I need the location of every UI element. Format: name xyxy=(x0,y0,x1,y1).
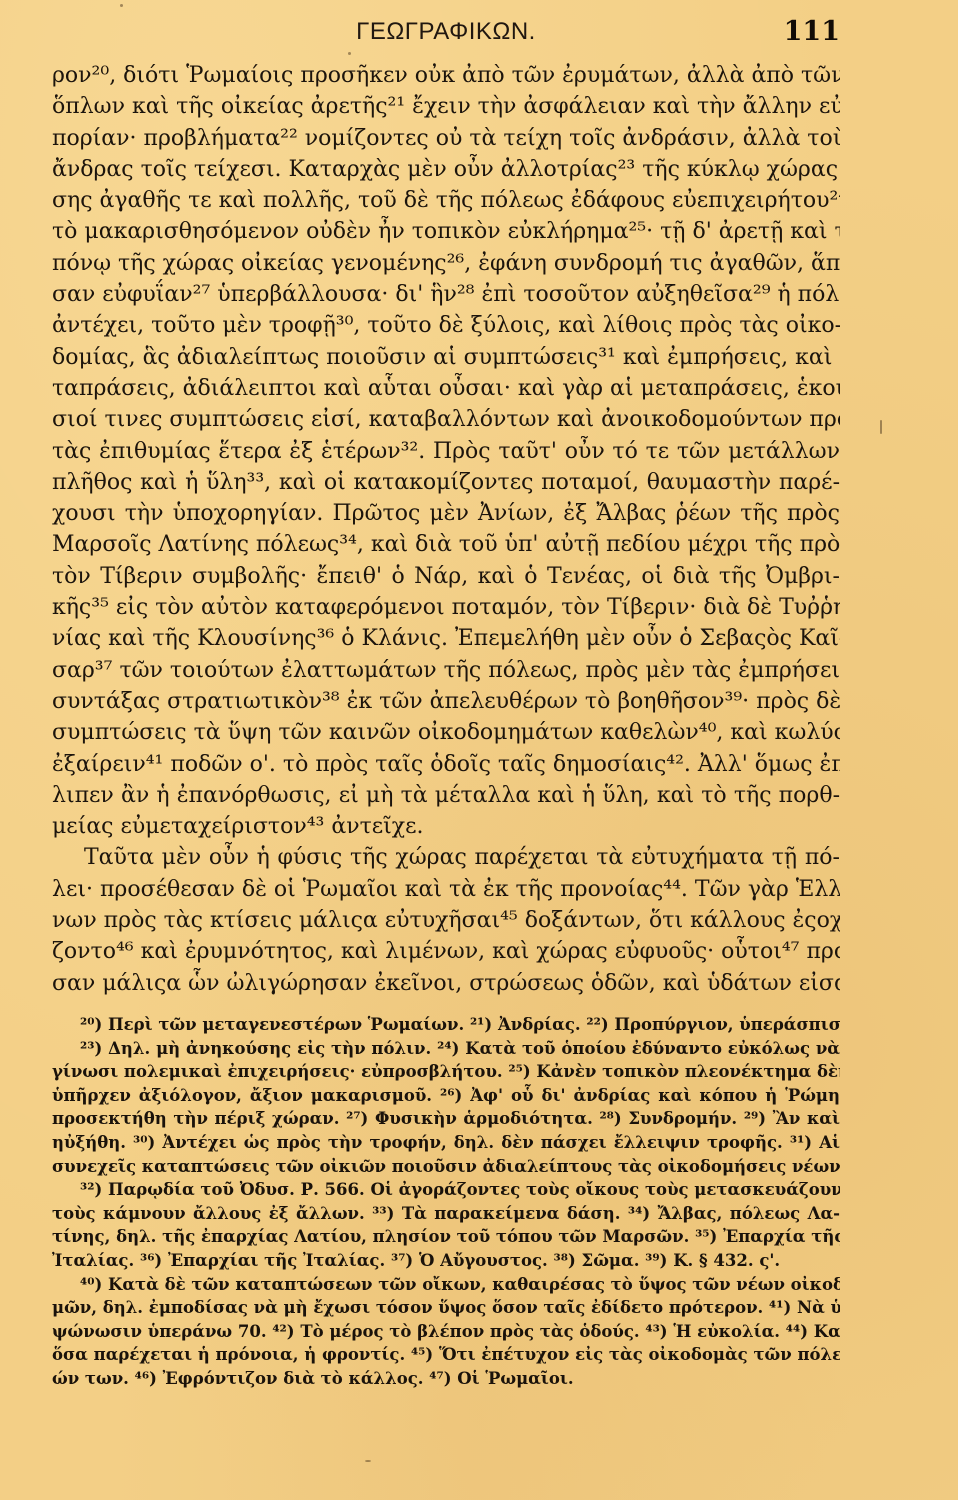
footnote-line: συνεχεῖς καταπτώσεις τῶν οἰκιῶν ποιοῦσιν… xyxy=(52,1155,840,1179)
text-line: σιοί τινες συμπτώσεις εἰσί, καταβαλλόντω… xyxy=(52,404,840,435)
footnote-line: ηὐξήθη. ³⁰) Ἀντέχει ὡς πρὸς τὴν τροφήν, … xyxy=(52,1131,840,1155)
text-line: συντάξας στρατιωτικὸν³⁸ ἐκ τῶν ἀπελευθέρ… xyxy=(52,686,840,717)
footnote-line: προσεκτήθη τὴν πέριξ χώραν. ²⁷) Φυσικὴν … xyxy=(52,1107,840,1131)
paper-speck xyxy=(880,420,882,434)
text-line: κῆς³⁵ εἰς τὸν αὐτὸν καταφερόμενοι ποταμό… xyxy=(52,592,840,623)
paragraph-start-line: Ταῦτα μὲν οὖν ἡ φύσις τῆς χώρας παρέχετα… xyxy=(52,842,840,873)
text-line: σαρ³⁷ τῶν τοιούτων ἐλαττωμάτων τῆς πόλεω… xyxy=(52,655,840,686)
text-line: τὸ μακαρισθησόμενον οὐδὲν ἦν τοπικὸν εὐκ… xyxy=(52,216,840,247)
text-line: τὰς ἐπιθυμίας ἕτερα ἐξ ἑτέρων³². Πρὸς τα… xyxy=(52,436,840,467)
text-line: ἄνδρας τοῖς τείχεσι. Καταρχὰς μὲν οὖν ἀλ… xyxy=(52,154,840,185)
text-line: νων πρὸς τὰς κτίσεις μάλιςα εὐτυχῆσαι⁴⁵ … xyxy=(52,905,840,936)
text-line: Μαρσοῖς Λατίνης πόλεως³⁴, καὶ διὰ τοῦ ὑπ… xyxy=(52,529,840,560)
text-line: λει· προσέθεσαν δὲ οἱ Ῥωμαῖοι καὶ τὰ ἐκ … xyxy=(52,874,840,905)
text-line: δομίας, ἃς ἀδιαλείπτως ποιοῦσιν αἱ συμπτ… xyxy=(52,342,840,373)
footnotes: ²⁰) Περὶ τῶν μεταγενεστέρων Ῥωμαίων. ²¹)… xyxy=(52,1013,840,1391)
footnote-line: Ἰταλίας. ³⁶) Ἐπαρχίαι τῆς Ἰταλίας. ³⁷) Ὁ… xyxy=(52,1249,840,1273)
text-line: λιπεν ἂν ἡ ἐπανόρθωσις, εἰ μὴ τὰ μέταλλα… xyxy=(52,780,840,811)
text-line: πλῆθος καὶ ἡ ὕλη³³, καὶ οἱ κατακομίζοντε… xyxy=(52,467,840,498)
running-head: ΓΕΩΓΡΑΦΙΚΩΝ. 111 xyxy=(52,18,840,52)
page-number: 111 xyxy=(784,16,840,47)
text-line: μείας εὐμεταχείριστον⁴³ ἀντεῖχε. xyxy=(52,811,840,842)
text-line: πορίαν· προβλήματα²² νομίζοντες οὐ τὰ τε… xyxy=(52,123,840,154)
paper-speck xyxy=(365,1460,371,1462)
text-line: τὸν Τίβεριν συμβολῆς· ἔπειθ' ὁ Νάρ, καὶ … xyxy=(52,561,840,592)
footnote-line: ²³) Δηλ. μὴ ἀνηκούσης εἰς τὴν πόλιν. ²⁴)… xyxy=(52,1037,840,1061)
paper-speck xyxy=(120,4,123,7)
text-line: συμπτώσεις τὰ ὕψη τῶν καινῶν οἰκοδομημάτ… xyxy=(52,717,840,748)
footnote-line: τοὺς κάμνουν ἄλλους ἐξ ἄλλων. ³³) Τὰ παρ… xyxy=(52,1202,840,1226)
footnote-line: ὑπῆρχεν ἀξιόλογον, ἄξιον μακαρισμοῦ. ²⁶)… xyxy=(52,1084,840,1108)
text-line: νίας καὶ τῆς Κλουσίνης³⁶ ὁ Κλάνις. Ἐπεμε… xyxy=(52,623,840,654)
text-line: ὅπλων καὶ τῆς οἰκείας ἀρετῆς²¹ ἔχειν τὴν… xyxy=(52,91,840,122)
footnote-line: τίνης, δηλ. τῆς ἐπαρχίας Λατίου, πλησίον… xyxy=(52,1225,840,1249)
main-text: ρον²⁰, διότι Ῥωμαίοις προσῆκεν οὐκ ἀπὸ τ… xyxy=(52,60,840,999)
footnote-line: γίνωσι πολεμικαὶ ἐπιχειρήσεις· εὐπροσβλή… xyxy=(52,1060,840,1084)
footnote-line: ὅσα παρέχεται ἡ πρόνοια, ἡ φροντίς. ⁴⁵) … xyxy=(52,1343,840,1367)
running-title: ΓΕΩΓΡΑΦΙΚΩΝ. xyxy=(52,18,840,46)
footnote-line: ψώνωσιν ὑπεράνω 70. ⁴²) Τὸ μέρος τὸ βλέπ… xyxy=(52,1320,840,1344)
footnote-line: ⁴⁰) Κατὰ δὲ τῶν καταπτώσεων τῶν οἴκων, κ… xyxy=(52,1273,840,1297)
text-line: ρον²⁰, διότι Ῥωμαίοις προσῆκεν οὐκ ἀπὸ τ… xyxy=(52,60,840,91)
text-line: σαν μάλιςα ὧν ὠλιγώρησαν ἐκεῖνοι, στρώσε… xyxy=(52,968,840,999)
text-line: πόνῳ τῆς χώρας οἰκείας γενομένης²⁶, ἐφάν… xyxy=(52,248,840,279)
footnote-line: ³²) Παρῳδία τοῦ Ὀδυσ. Ρ. 566. Οἱ ἀγοράζο… xyxy=(52,1178,840,1202)
text-line: ἐξαίρειν⁴¹ ποδῶν ο'. τὸ πρὸς ταῖς ὁδοῖς … xyxy=(52,749,840,780)
text-line: ἀντέχει, τοῦτο μὲν τροφῇ³⁰, τοῦτο δὲ ξύλ… xyxy=(52,310,840,341)
text-line: ταπράσεις, ἀδιάλειπτοι καὶ αὗται οὖσαι· … xyxy=(52,373,840,404)
text-line: χουσι τὴν ὑποχορηγίαν. Πρῶτος μὲν Ἀνίων,… xyxy=(52,498,840,529)
footnote-line: ών των. ⁴⁶) Ἐφρόντιζον διὰ τὸ κάλλος. ⁴⁷… xyxy=(52,1367,840,1391)
footnote-line: ²⁰) Περὶ τῶν μεταγενεστέρων Ῥωμαίων. ²¹)… xyxy=(52,1013,840,1037)
text-line: ζοντο⁴⁶ καὶ ἐρυμνότητος, καὶ λιμένων, κα… xyxy=(52,936,840,967)
paper-speck xyxy=(348,52,351,55)
footnote-line: μῶν, δηλ. ἐμποδίσας νὰ μὴ ἔχωσι τόσον ὕψ… xyxy=(52,1296,840,1320)
text-line: σαν εὐφυΐαν²⁷ ὑπερβάλλουσα· δι' ἣν²⁸ ἐπὶ… xyxy=(52,279,840,310)
text-line: σης ἀγαθῆς τε καὶ πολλῆς, τοῦ δὲ τῆς πόλ… xyxy=(52,185,840,216)
